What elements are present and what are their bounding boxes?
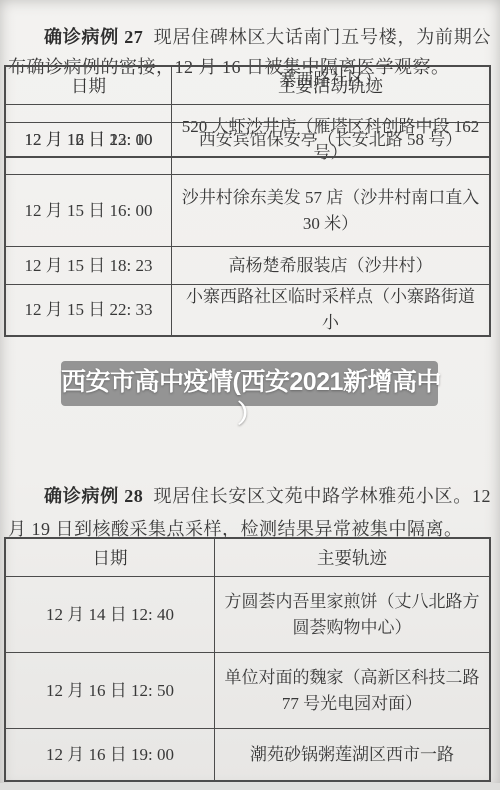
activity-cell: 沙井村徐东美发 57 店（沙井村南口直入 30 米） <box>172 175 489 246</box>
activity-cell: 单位对面的魏家（高新区科技二路 77 号光电园对面） <box>215 653 489 728</box>
case27-trajectory-table-continuation: 寨西路社区） 12 月 16 日 12: 00 西安宾馆保安亭（长安北路 58 … <box>4 65 491 158</box>
table-row: 寨西路社区） <box>6 67 489 122</box>
date-column-header: 日期 <box>6 539 215 576</box>
table-row: 12 月 16 日 12: 50 单位对面的魏家（高新区科技二路 77 号光电园… <box>6 652 489 728</box>
date-cell: 12 月 16 日 19: 00 <box>6 729 215 780</box>
table-row: 12 月 16 日 19: 00 潮苑砂锅粥莲湖区西市一路 <box>6 728 489 780</box>
date-cell: 12 月 16 日 12: 50 <box>6 653 215 728</box>
table-row: 12 月 15 日 22: 33 小寨西路社区临时采样点（小寨路街道小 <box>6 284 489 335</box>
case27-label: 确诊病例 27 <box>44 27 143 47</box>
watermark-banner: 西安市高中疫情(西安2021新增高中 ） <box>61 361 438 406</box>
watermark-text: 西安市高中疫情(西安2021新增高中 ） <box>61 366 438 430</box>
activity-cell: 高杨楚希服装店（沙井村） <box>172 247 489 284</box>
document-photo: 确诊病例 27现居住碑林区大话南门五号楼，为前期公布确诊病例的密接，12 月 1… <box>0 0 500 790</box>
table-row: 12 月 14 日 12: 40 方圆荟内吾里家煎饼（丈八北路方圆荟购物中心） <box>6 576 489 652</box>
table-row: 12 月 15 日 18: 23 高杨楚希服装店（沙井村） <box>6 246 489 284</box>
table-row: 12 月 16 日 12: 00 西安宾馆保安亭（长安北路 58 号） <box>6 122 489 156</box>
date-cell: 12 月 16 日 12: 00 <box>6 123 172 156</box>
activity-cell: 潮苑砂锅粥莲湖区西市一路 <box>215 729 489 780</box>
date-cell: 12 月 15 日 18: 23 <box>6 247 172 284</box>
date-cell <box>6 67 172 122</box>
date-cell: 12 月 15 日 22: 33 <box>6 285 172 335</box>
activity-cell: 小寨西路社区临时采样点（小寨路街道小 <box>172 285 489 335</box>
watermark-line1: 西安市高中疫情(西安2021新增高中 <box>61 366 438 398</box>
date-cell: 12 月 14 日 12: 40 <box>6 577 215 652</box>
page-bottom-edge <box>0 783 500 790</box>
table-header-row: 日期 主要轨迹 <box>6 539 489 576</box>
date-cell: 12 月 15 日 16: 00 <box>6 175 172 246</box>
activity-cell: 寨西路社区） <box>172 67 489 122</box>
watermark-line2: ） <box>61 398 438 430</box>
case28-trajectory-table: 日期 主要轨迹 12 月 14 日 12: 40 方圆荟内吾里家煎饼（丈八北路方… <box>4 537 491 782</box>
trajectory-column-header: 主要轨迹 <box>215 539 489 576</box>
activity-cell: 西安宾馆保安亭（长安北路 58 号） <box>172 123 489 156</box>
case28-label: 确诊病例 28 <box>44 486 143 506</box>
activity-cell: 方圆荟内吾里家煎饼（丈八北路方圆荟购物中心） <box>215 577 489 652</box>
table-row: 12 月 15 日 16: 00 沙井村徐东美发 57 店（沙井村南口直入 30… <box>6 174 489 246</box>
